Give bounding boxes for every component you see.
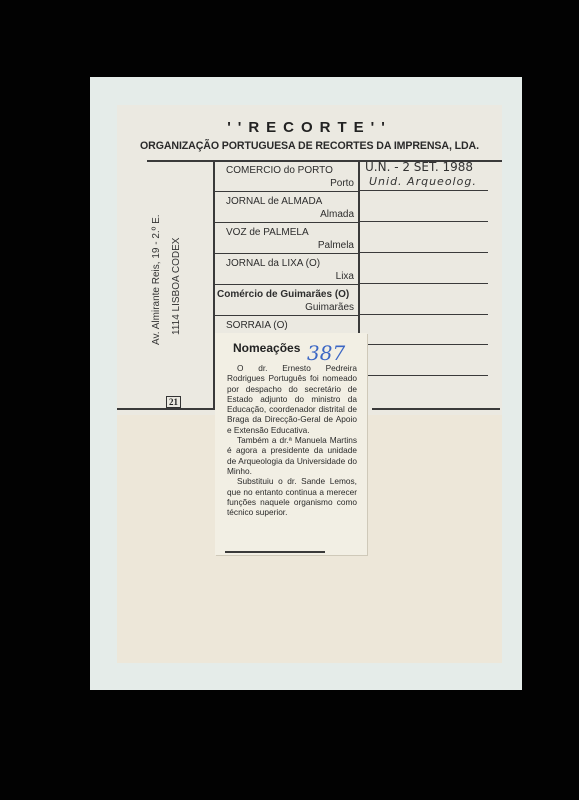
clipping-paragraph: Também a dr.ª Manuela Martins é agora a … [227,435,357,476]
right-line [360,314,488,315]
newspaper-name: JORNAL da LIXA (O) [226,258,320,269]
right-line [367,344,488,345]
newspaper-row: JORNAL de ALMADA Almada [214,192,358,223]
right-line [367,375,488,376]
right-line [360,252,488,253]
address-line-2: 1114 LISBOA CODEX [167,145,187,345]
handwritten-unit: Unid. Arqueolog. [369,175,477,188]
handwritten-date: U.N. - 2 SET. 1988 [365,160,473,174]
clipping-bottom-rule [225,551,325,553]
newspaper-name: SORRAIA (O) [226,320,288,331]
clipping-paragraph: O dr. Ernesto Pedreira Rodrigues Portugu… [227,363,357,435]
bottom-rule-right [372,408,500,410]
newspaper-clipping: Nomeações 387 O dr. Ernesto Pedreira Rod… [215,333,367,555]
right-line [360,221,488,222]
clipping-body: O dr. Ernesto Pedreira Rodrigues Portugu… [227,363,357,517]
newspaper-city: Porto [330,178,354,189]
newspaper-city: Lixa [336,271,354,282]
header-title: ''RECORTE'' [117,119,502,136]
newspaper-name: COMERCIO do PORTO [226,165,333,176]
bottom-rule-left [117,408,217,410]
address-vertical: Av. Almirante Reis, 19 - 2.º E. 1114 LIS… [147,145,187,345]
clipping-paragraph: Substituiu o dr. Sande Lemos, que no ent… [227,476,357,517]
newspaper-city: Guimarães [305,302,354,313]
newspaper-city: Palmela [318,240,354,251]
box-number: 21 [166,396,181,408]
clipping-title: Nomeações [233,341,300,355]
right-line [360,283,488,284]
newspaper-name: Comércio de Guimarães (O) [217,289,349,300]
address-line-1: Av. Almirante Reis, 19 - 2.º E. [147,145,167,345]
newspaper-name: JORNAL de ALMADA [226,196,322,207]
newspaper-row: COMERCIO do PORTO Porto [214,161,358,192]
newspaper-row: JORNAL da LIXA (O) Lixa [214,254,358,285]
right-line [360,190,488,191]
newspaper-row: Comércio de Guimarães (O) Guimarães [214,285,358,316]
newspaper-city: Almada [320,209,354,220]
newspaper-name: VOZ de PALMELA [226,227,309,238]
handwritten-clipping-number: 387 [307,341,345,365]
newspaper-row: VOZ de PALMELA Palmela [214,223,358,254]
